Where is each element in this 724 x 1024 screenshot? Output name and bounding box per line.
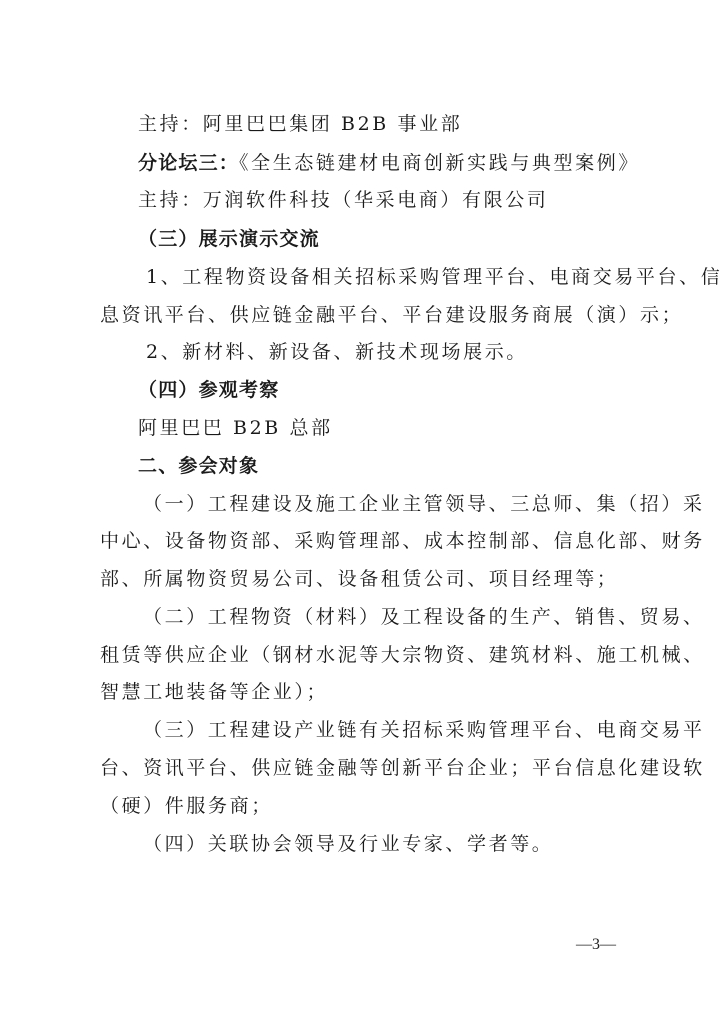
section-heading-visit: （四）参观考察 [138, 378, 279, 402]
paragraph-line: 台、资讯平台、供应链金融等创新平台企业；平台信息化建设软 [100, 756, 705, 780]
forum-three-label: 分论坛三： [138, 152, 239, 174]
forum-three-title: 《全生态链建材电商创新实践与典型案例》 [239, 152, 640, 174]
paragraph-line: 阿里巴巴 B2B 总部 [138, 416, 333, 440]
paragraph-line: 租赁等供应企业（钢材水泥等大宗物资、建筑材料、施工机械、 [100, 643, 705, 667]
paragraph-line: 中心、设备物资部、采购管理部、成本控制部、信息化部、财务 [100, 529, 705, 553]
page-number: —3— [576, 936, 616, 954]
paragraph-line: （二）工程物资（材料）及工程设备的生产、销售、贸易、 [143, 605, 705, 629]
paragraph-line: （四）关联协会领导及行业专家、学者等。 [143, 832, 553, 856]
paragraph-line: 2、新材料、新设备、新技术现场展示。 [146, 340, 528, 364]
paragraph-line: （硬）件服务商； [100, 794, 273, 818]
host-line-forum-two: 主持：阿里巴巴集团 B2B 事业部 [138, 112, 462, 136]
section-heading-exhibition: （三）展示演示交流 [138, 227, 320, 251]
document-page: 主持：阿里巴巴集团 B2B 事业部 分论坛三：《全生态链建材电商创新实践与典型案… [0, 0, 724, 1024]
paragraph-line: 智慧工地装备等企业）； [100, 680, 328, 704]
paragraph-line: （三）工程建设产业链有关招标采购管理平台、电商交易平 [143, 718, 705, 742]
forum-three-line: 分论坛三：《全生态链建材电商创新实践与典型案例》 [138, 151, 640, 175]
paragraph-line: 部、所属物资贸易公司、设备租赁公司、项目经理等； [100, 567, 618, 591]
paragraph-line: 息资讯平台、供应链金融平台、平台建设服务商展（演）示； [100, 303, 683, 327]
host-line-forum-three: 主持：万润软件科技（华采电商）有限公司 [138, 188, 548, 212]
section-heading-attendees: 二、参会对象 [138, 454, 259, 478]
paragraph-line: 1、工程物资设备相关招标采购管理平台、电商交易平台、信 [146, 265, 722, 289]
paragraph-line: （一）工程建设及施工企业主管领导、三总师、集（招）采 [143, 492, 705, 516]
